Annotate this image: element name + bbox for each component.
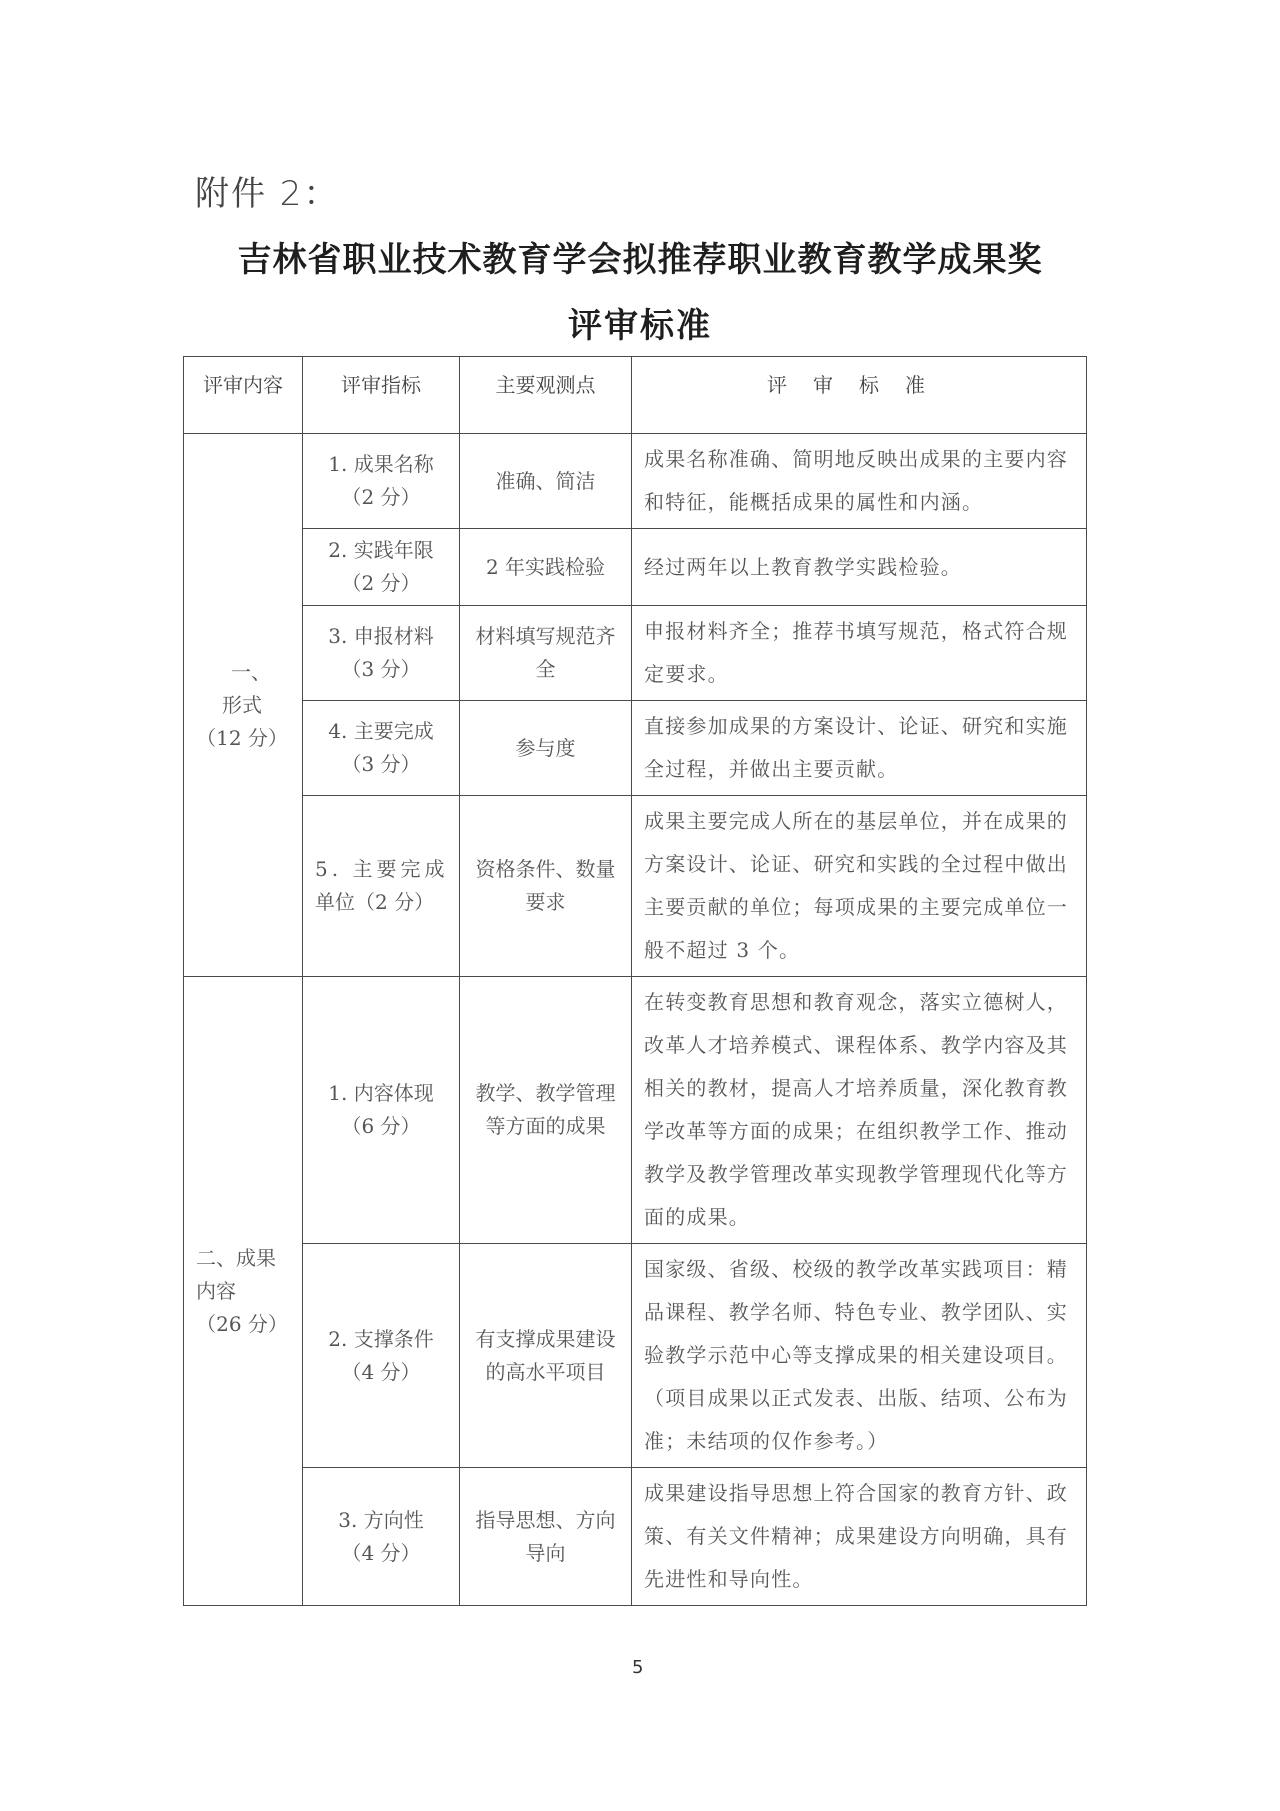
page-number: 5 <box>632 1657 643 1678</box>
table-row: 二、成果 内容 （26 分） 1. 内容体现 （6 分） 教学、教学管理等方面的… <box>184 977 1087 1244</box>
indicator-score: （6 分） <box>311 1110 451 1143</box>
indicator-cell: 2. 实践年限 （2 分） <box>303 529 460 606</box>
indicator-name: 3. 方向性 <box>311 1504 451 1537</box>
indicator-name: 1. 内容体现 <box>311 1077 451 1110</box>
section-label: 一、 <box>196 656 288 689</box>
table-row: 一、 形式 （12 分） 1. 成果名称 （2 分） 准确、简洁 成果名称准确、… <box>184 434 1087 529</box>
table-header-row: 评审内容 评审指标 主要观测点 评审标准 <box>184 357 1087 434</box>
criteria-cell: 在转变教育思想和教育观念，落实立德树人，改革人才培养模式、课程体系、教学内容及其… <box>632 977 1087 1244</box>
section-label: 形式 <box>196 689 288 722</box>
header-review-indicator: 评审指标 <box>303 357 460 434</box>
indicator-cell: 2. 支撑条件 （4 分） <box>303 1244 460 1468</box>
observation-cell: 有支撑成果建设的高水平项目 <box>460 1244 632 1468</box>
observation-cell: 材料填写规范齐全 <box>460 606 632 701</box>
criteria-cell: 成果建设指导思想上符合国家的教育方针、政策、有关文件精神；成果建设方向明确，具有… <box>632 1468 1087 1606</box>
indicator-name: 2. 实践年限 <box>311 534 451 567</box>
observation-cell: 2 年实践检验 <box>460 529 632 606</box>
table-row: 2. 支撑条件 （4 分） 有支撑成果建设的高水平项目 国家级、省级、校级的教学… <box>184 1244 1087 1468</box>
header-observation-point: 主要观测点 <box>460 357 632 434</box>
indicator-cell: 1. 成果名称 （2 分） <box>303 434 460 529</box>
criteria-cell: 成果主要完成人所在的基层单位，并在成果的方案设计、论证、研究和实践的全过程中做出… <box>632 796 1087 977</box>
section-score: （12 分） <box>196 722 288 755</box>
indicator-cell: 3. 申报材料 （3 分） <box>303 606 460 701</box>
section-label: 内容 <box>196 1275 288 1308</box>
document-title: 吉林省职业技术教育学会拟推荐职业教育教学成果奖 <box>0 232 1280 281</box>
criteria-cell: 申报材料齐全；推荐书填写规范，格式符合规定要求。 <box>632 606 1087 701</box>
indicator-name: 3. 申报材料 <box>311 620 451 653</box>
attachment-label: 附件 2： <box>195 166 339 215</box>
indicator-cell: 5. 主要完成 单位（2 分） <box>303 796 460 977</box>
observation-cell: 指导思想、方向导向 <box>460 1468 632 1606</box>
observation-cell: 参与度 <box>460 701 632 796</box>
indicator-cell: 4. 主要完成 （3 分） <box>303 701 460 796</box>
header-review-standard: 评审标准 <box>632 357 1087 434</box>
indicator-score: （3 分） <box>311 748 451 781</box>
indicator-score: （2 分） <box>311 567 451 600</box>
section-content-cell: 二、成果 内容 （26 分） <box>184 977 303 1606</box>
observation-cell: 准确、简洁 <box>460 434 632 529</box>
header-review-content: 评审内容 <box>184 357 303 434</box>
evaluation-criteria-table: 评审内容 评审指标 主要观测点 评审标准 一、 形式 （12 分） 1. 成果名… <box>183 356 1087 1606</box>
indicator-name: 1. 成果名称 <box>311 448 451 481</box>
indicator-score: （2 分） <box>311 481 451 514</box>
table-row: 3. 申报材料 （3 分） 材料填写规范齐全 申报材料齐全；推荐书填写规范，格式… <box>184 606 1087 701</box>
criteria-cell: 国家级、省级、校级的教学改革实践项目：精品课程、教学名师、特色专业、教学团队、实… <box>632 1244 1087 1468</box>
indicator-name: 4. 主要完成 <box>311 715 451 748</box>
indicator-score: （4 分） <box>311 1356 451 1389</box>
indicator-score: （4 分） <box>311 1537 451 1570</box>
table-row: 4. 主要完成 （3 分） 参与度 直接参加成果的方案设计、论证、研究和实施全过… <box>184 701 1087 796</box>
indicator-name: 5. 主要完成 <box>315 853 451 886</box>
section-form-cell: 一、 形式 （12 分） <box>184 434 303 977</box>
section-score: （26 分） <box>196 1308 288 1341</box>
section-label: 二、成果 <box>196 1242 288 1275</box>
observation-cell: 资格条件、数量要求 <box>460 796 632 977</box>
indicator-score: 单位（2 分） <box>315 886 451 919</box>
table-row: 2. 实践年限 （2 分） 2 年实践检验 经过两年以上教育教学实践检验。 <box>184 529 1087 606</box>
criteria-cell: 经过两年以上教育教学实践检验。 <box>632 529 1087 606</box>
indicator-cell: 1. 内容体现 （6 分） <box>303 977 460 1244</box>
table-row: 5. 主要完成 单位（2 分） 资格条件、数量要求 成果主要完成人所在的基层单位… <box>184 796 1087 977</box>
observation-cell: 教学、教学管理等方面的成果 <box>460 977 632 1244</box>
document-subtitle: 评审标准 <box>0 298 1280 347</box>
criteria-cell: 直接参加成果的方案设计、论证、研究和实施全过程，并做出主要贡献。 <box>632 701 1087 796</box>
indicator-name: 2. 支撑条件 <box>311 1323 451 1356</box>
criteria-cell: 成果名称准确、简明地反映出成果的主要内容和特征，能概括成果的属性和内涵。 <box>632 434 1087 529</box>
indicator-score: （3 分） <box>311 653 451 686</box>
table-row: 3. 方向性 （4 分） 指导思想、方向导向 成果建设指导思想上符合国家的教育方… <box>184 1468 1087 1606</box>
indicator-cell: 3. 方向性 （4 分） <box>303 1468 460 1606</box>
